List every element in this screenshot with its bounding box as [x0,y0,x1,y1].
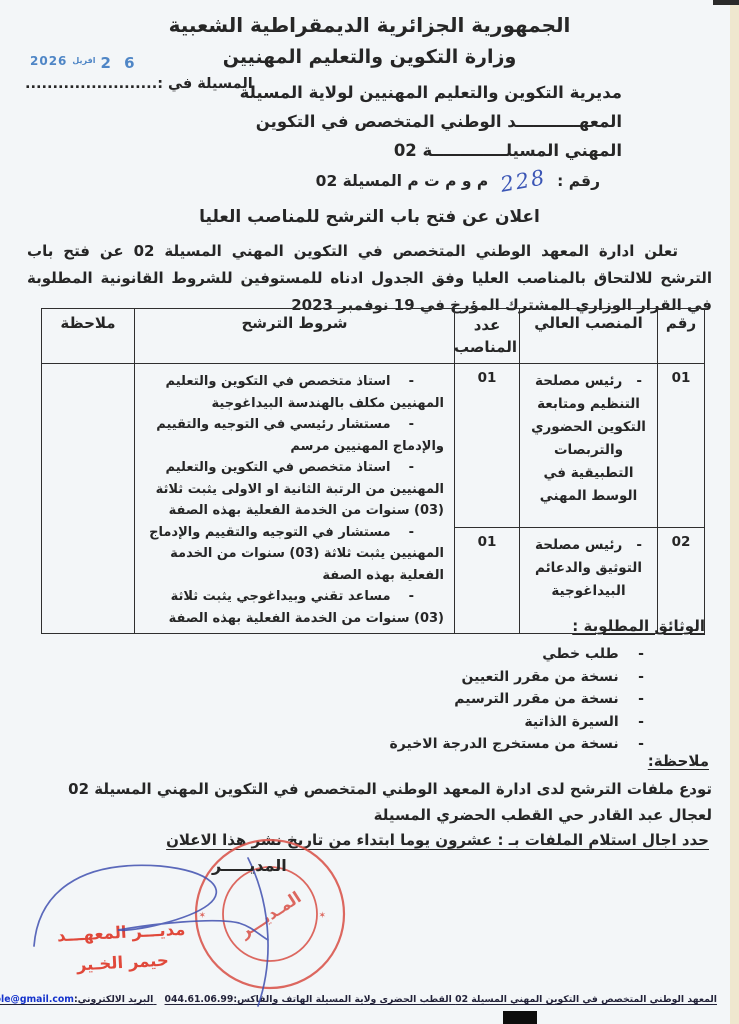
scan-corner-mark [713,0,739,5]
documents-heading: الوثائق المطلوبة : [572,617,705,635]
date-stamp-day: 2 6 [101,54,139,72]
row1-number: 01 [658,364,705,528]
col-header-position: المنصب العالي [520,309,658,364]
document-item: - نسخة من مقرر التعيين [390,666,644,689]
document-item: - السيرة الذاتية [390,711,644,734]
condition-item: - استاذ متخصص في التكوين والتعليم المهني… [141,457,444,522]
document-item: - نسخة من مستخرج الدرجة الاخيرة [390,733,644,756]
stamp-star-right: ✶ [318,911,326,921]
document-item: - طلب خطي [390,643,644,666]
page-number-block [503,1011,537,1024]
svg-text:المعهد الوطني المتخصص في التكو: المعهد الوطني المتخصص في التكوين المهني … [192,836,198,838]
conditions-cell: - استاذ متخصص في التكوين والتعليم المهني… [135,364,455,634]
row1-position: - رئيس مصلحة التنظيم ومتابعة التكوين الح… [520,364,658,528]
date-stamp-month: افريل [72,56,95,65]
condition-item: - مستشار في التوجيه والتقييم والإدماج ال… [141,522,444,587]
intro-paragraph: تعلن ادارة المعهد الوطني المتخصص في التك… [27,238,712,319]
announcement-title: اعلان عن فتح باب الترشح للمناصب العليا [0,207,739,227]
republic-title: الجمهورية الجزائرية الديمقراطية الشعبية [0,13,739,37]
reference-number-line: رقم : 228 م و م ت م المسيلة 02 [240,165,600,196]
documents-list: - طلب خطي - نسخة من مقرر التعيين - نسخة … [390,643,644,756]
place-date-line: المسيلة في :........................ [25,76,253,92]
document-item: - نسخة من مقرر الترسيم [390,688,644,711]
scanned-announcement-page: { "header": { "republic": "الجمهورية الج… [0,0,739,1024]
note-body: تودع ملفات الترشح لدى ادارة المعهد الوطن… [27,776,712,828]
letterhead-block: مديرية التكوين والتعليم المهنيين لولاية … [240,78,622,196]
row2-count: 01 [455,528,520,634]
directorate-line: مديرية التكوين والتعليم المهنيين لولاية … [240,78,622,107]
col-header-number: رقم [658,309,705,364]
stamp-ring-bottom-text: المعهد الوطني المتخصص في التكوين المهني … [192,836,198,838]
date-stamp-year: 2026 [30,54,67,68]
scan-edge-strip [730,0,739,1024]
svg-text:وزارة التكوين و التعليم المهني: وزارة التكوين و التعليم المهنيين [192,836,196,838]
col-header-conditions: شروط الترشح [135,309,455,364]
footer-text: المعهد الوطني المتخصص في التكوين المهني … [233,994,717,1005]
note-heading: ملاحظة: [648,752,709,770]
ref-suffix: م و م ت م المسيلة 02 [316,172,489,190]
condition-item: - مستشار رئيسي في التوجيه والتقييم والإد… [141,414,444,457]
col-header-remark: ملاحظة [42,309,135,364]
table-row: 01 - رئيس مصلحة التنظيم ومتابعة التكوين … [42,364,705,528]
col-header-count: عدد المناصب [455,309,520,364]
table-header-row: رقم المنصب العالي عدد المناصب شروط الترش… [42,309,705,364]
remark-cell [42,364,135,634]
institute-line-2: المهني المسيلـــــــــــــة 02 [240,136,622,165]
row1-count: 01 [455,364,520,528]
director-label: المديـــــر [212,856,287,875]
positions-table: رقم المنصب العالي عدد المناصب شروط الترش… [41,308,705,634]
handwritten-ref-number: 228 [498,163,548,200]
institute-line-1: المعهـــــــــــد الوطني المتخصص في التك… [240,107,622,136]
ref-label: رقم : [557,172,600,190]
condition-item: - استاذ متخصص في التكوين والتعليم المهني… [141,371,444,414]
stamp-ring-top-text: وزارة التكوين و التعليم المهنيين [192,836,196,838]
condition-item: - مساعد تقني وبيداغوجي يثبت ثلاثة (03) س… [141,586,444,629]
blue-date-stamp: 2026 افريل 2 6 [30,54,139,72]
